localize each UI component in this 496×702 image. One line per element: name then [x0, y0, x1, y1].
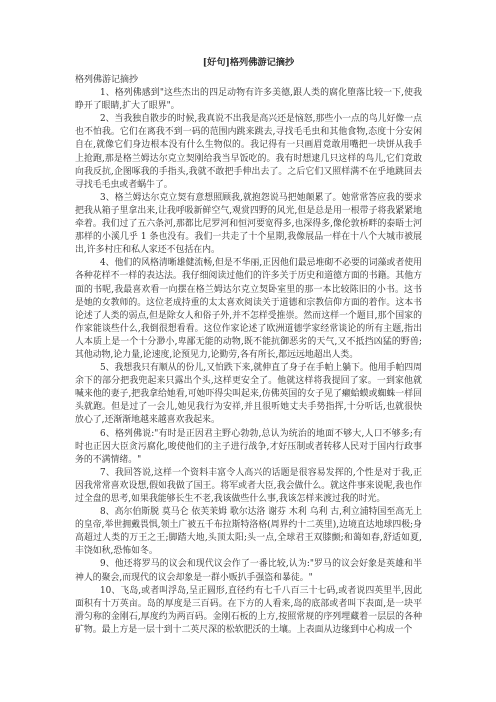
paragraph-5: 5、我想我只有顺从的份儿,又怕跌下来,就伸直了身子在手帕上躺下。他用手帕四周余下… [75, 362, 422, 427]
document-title: [好句]格列佛游记摘抄 [75, 56, 422, 69]
paragraph-10: 10、飞岛,或者叫浮岛,呈正圆形,直径约有七千八百三十七码,或者说四英里半,因此… [75, 585, 422, 637]
paragraph-6: 6、格列佛说:"有时是正因君主野心勃勃,总认为统治的地面不够大,人口不够多;有时… [75, 428, 422, 467]
document-heading: 格列佛游记摘抄 [75, 74, 422, 87]
paragraph-8: 8、高尔伯斯脱 莫马仑 依芙茉姆 歌尔达洛 谢芬 木利 乌利 古,利立浦特国至高… [75, 506, 422, 558]
paragraph-4: 4、他们的风格清晰雄健流畅,但是不华丽,正因他们最忌堆砌不必要的词藻或者使用各种… [75, 257, 422, 362]
paragraph-1: 1、格列佛感到"这些杰出的四足动物有许多美德,跟人类的腐化堕落比较一下,使我睁开… [75, 87, 422, 113]
paragraph-9: 9、他还将罗马的议会和现代议会作了一番比较,认为:"罗马的议会好象是英雄和半神人… [75, 558, 422, 584]
document-page: [好句]格列佛游记摘抄 格列佛游记摘抄 1、格列佛感到"这些杰出的四足动物有许多… [0, 0, 496, 702]
paragraph-2: 2、当我独自散步的时候,我真说不出我是高兴还是恼怒,那些小一点的鸟儿好像一点也不… [75, 113, 422, 192]
paragraph-3: 3、格兰姆达尔克立契有意想照顾我,就抱怨说马把她颠累了。她常常答应我的要求把我从… [75, 192, 422, 257]
paragraph-7: 7、我回答说,这样一个资料丰富令人高兴的话题是很容易发挥的,个性是对于我,正因我… [75, 467, 422, 506]
